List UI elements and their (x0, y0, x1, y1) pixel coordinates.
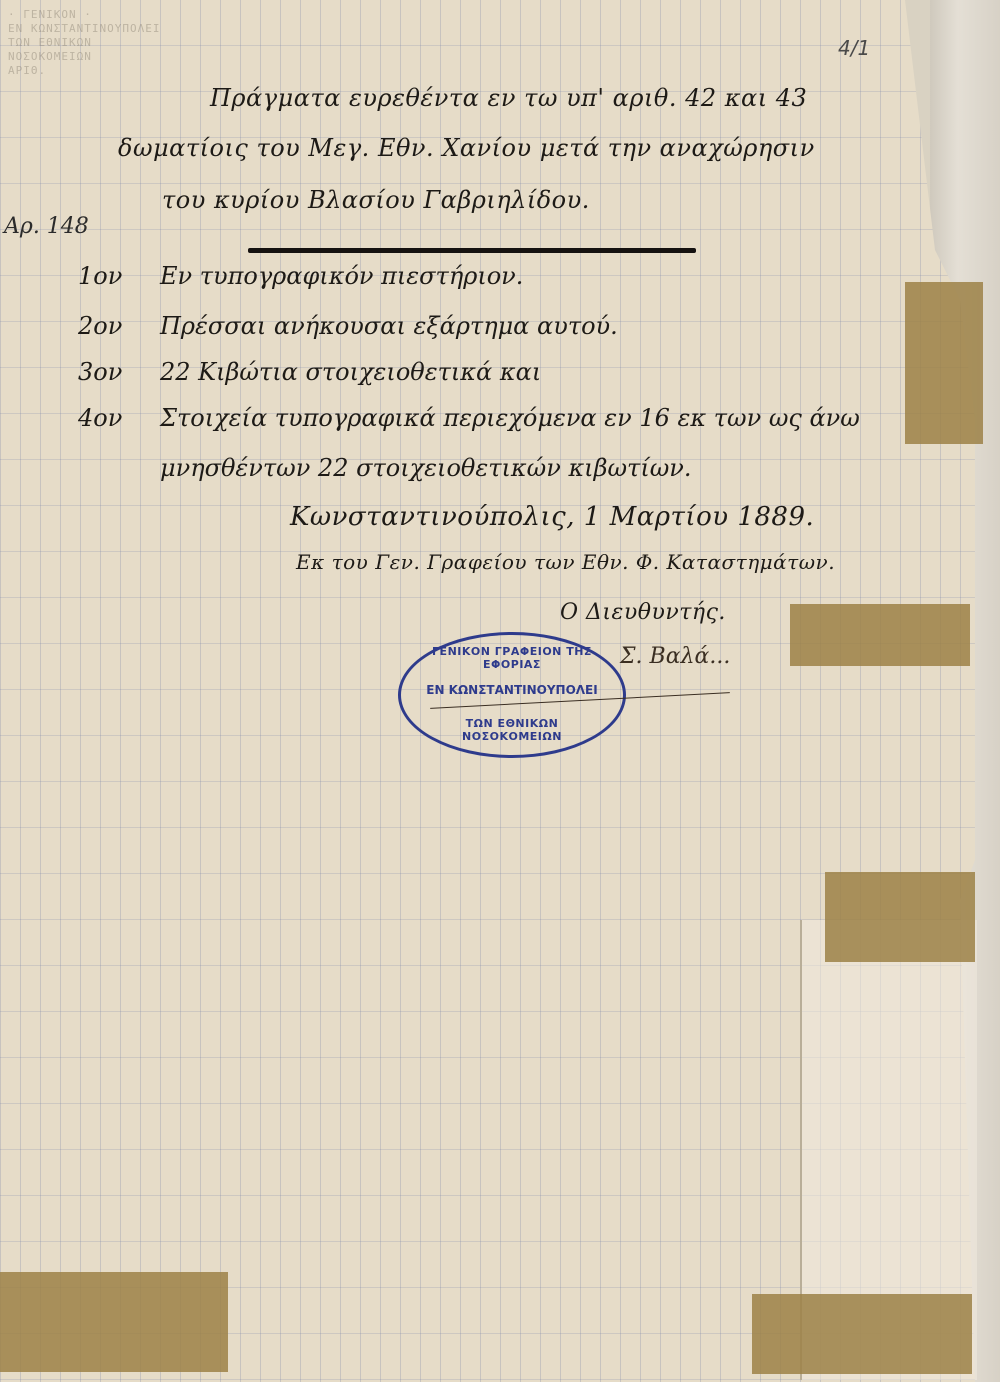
office-seal-stamp: ΓΕΝΙΚΟΝ ΓΡΑΦΕΙΟΝ ΤΗΣ ΕΦΟΡΙΑΣ ΕΝ ΚΩΝΣΤΑΝΤ… (398, 632, 626, 758)
tape-strip (825, 872, 975, 962)
item-number: 3ον (78, 358, 122, 386)
item-text: Εν τυπογραφικόν πιεστήριον. (160, 262, 523, 290)
tape-strip (0, 1272, 228, 1372)
item-text: Στοιχεία τυπογραφικά περιεχόμενα εν 16 ε… (160, 404, 860, 432)
letterhead-line: ΤΩΝ ΕΘΝΙΚΩΝ ΝΟΣΟΚΟΜΕΙΩΝ (8, 36, 168, 64)
stamp-top-text: ΓΕΝΙΚΟΝ ΓΡΑΦΕΙΟΝ ΤΗΣ ΕΦΟΡΙΑΣ (421, 645, 603, 671)
letterhead-line: ΕΝ ΚΩΝΣΤΑΝΤΙΝΟΥΠΟΛΕΙ (8, 22, 168, 36)
tape-strip (905, 282, 983, 444)
tape-strip (752, 1294, 972, 1374)
letterhead-line: ΑΡΙΘ. (8, 64, 168, 78)
signatory-title: Ο Διευθυντής. (560, 600, 726, 625)
reference-number: Αρ. 148 (4, 214, 89, 239)
letterhead-line: · ΓΕΝΙΚΟΝ · (8, 8, 168, 22)
heading-line-3: του κυρίου Βλασίου Γαβριηλίδου. (162, 186, 590, 214)
heading-line-2: δωματίοις του Μεγ. Εθν. Χανίου μετά την … (118, 134, 815, 162)
item-text: 22 Κιβώτια στοιχειοθετικά και (160, 358, 541, 386)
item-number: 2ον (78, 312, 122, 340)
signature: Σ. Βαλά... (620, 644, 730, 669)
faded-letterhead: · ΓΕΝΙΚΟΝ · ΕΝ ΚΩΝΣΤΑΝΤΙΝΟΥΠΟΛΕΙ ΤΩΝ ΕΘΝ… (8, 8, 168, 78)
folio-number: 4/1 (838, 36, 870, 60)
item-text-continuation: μνησθέντων 22 στοιχειοθετικών κιβωτίων. (160, 454, 692, 482)
heading-line-1: Πράγματα ευρεθέντα εν τω υπ' αριθ. 42 κα… (210, 84, 807, 112)
heading-divider (248, 248, 696, 253)
item-number: 4ον (78, 404, 122, 432)
stamp-bottom-text: ΤΩΝ ΕΘΝΙΚΩΝ ΝΟΣΟΚΟΜΕΙΩΝ (421, 717, 603, 743)
item-number: 1ον (78, 262, 122, 290)
item-text: Πρέσσαι ανήκουσαι εξάρτημα αυτού. (160, 312, 618, 340)
tape-strip (790, 604, 970, 666)
place-and-date: Κωνσταντινούπολις, 1 Μαρτίου 1889. (290, 502, 814, 532)
issuer-line: Εκ του Γεν. Γραφείου των Εθν. Φ. Καταστη… (296, 550, 835, 574)
stamp-middle-text: ΕΝ ΚΩΝΣΤΑΝΤΙΝΟΥΠΟΛΕΙ (401, 683, 623, 697)
